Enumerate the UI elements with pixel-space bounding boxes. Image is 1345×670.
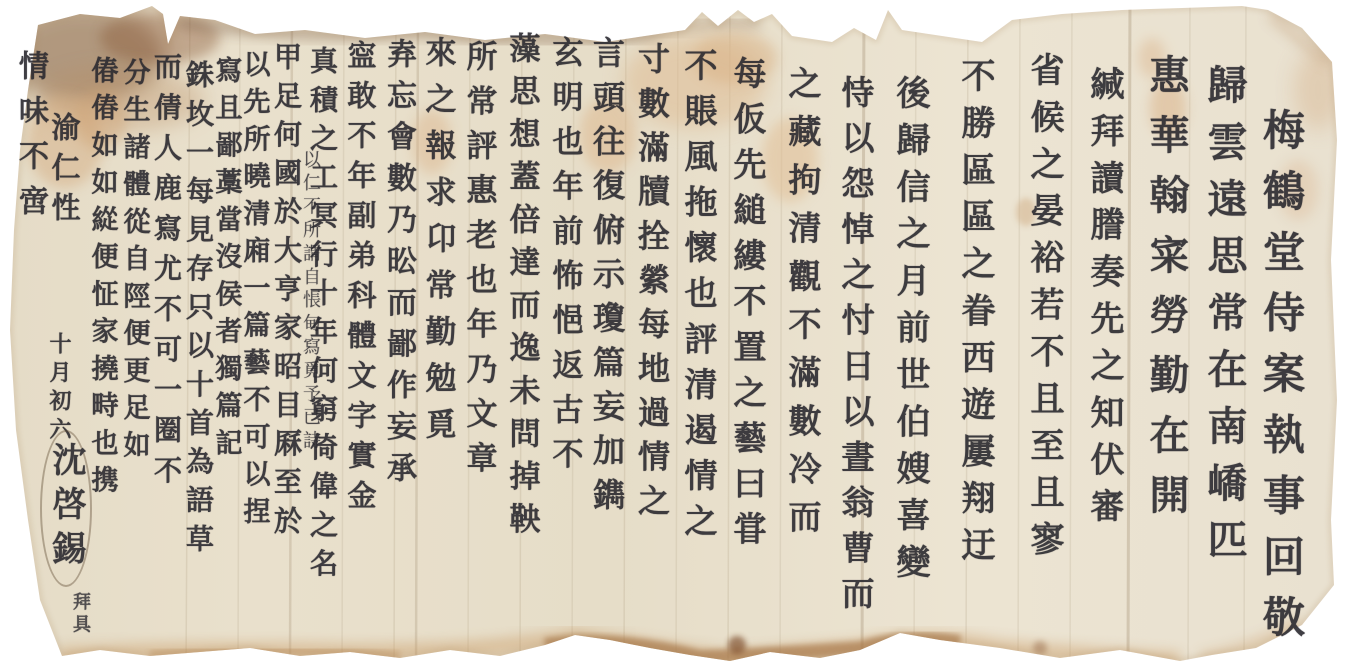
text-column: 不賬風拖懷也評清遏情之 [683, 48, 716, 549]
text-column: 弆忘會數乃昖而鄙作妄承 [383, 38, 413, 493]
text-column: 藻思想蓋倍達而逸未問掉鞅 [506, 32, 537, 545]
text-column: 銖坆一每見存只以十首為語草 [184, 60, 212, 562]
text-column: 所常評惠老也年乃文章 [463, 40, 494, 486]
text-column: 緘拜讀謄奏先之知伏審 [1087, 66, 1121, 535]
text-column: 言頭往復俯示瓊篇妄加鐫 [591, 36, 623, 522]
text-column: 之藏拘清觀不滿數冷而 [787, 66, 820, 548]
text-column: 恃以怨悼之忖日以晝翁曹而 [840, 75, 873, 621]
text-column: 惠華翰寀勞勤在開 [1146, 54, 1186, 534]
text-column: 省候之晏裕若不且至且寥 [1027, 52, 1061, 568]
text-column-interlinear: 以仁不所謂自悵甸寫覓予已詩 [301, 150, 319, 454]
signature-circle: 沈啓錫 [40, 430, 92, 587]
text-column-last: 情味不啻 [15, 50, 45, 230]
signature-name: 沈啓錫 [49, 430, 83, 587]
text-column: 不勝區區之眷西遊屢翔迂 [958, 58, 992, 574]
text-column: 每仮先縋縷不置之藝曰甞 [732, 56, 765, 557]
text-column: 寫且鄙藁當沒侯者獨篇記 [213, 56, 240, 466]
manuscript-photo: 梅鶴堂侍案執事回敬 歸雲遠思常在南嶠匹 惠華翰寀勞勤在開 緘拜讀謄奏先之知伏審 … [0, 0, 1345, 670]
calligraphy-text-layer: 梅鶴堂侍案執事回敬 歸雲遠思常在南嶠匹 惠華翰寀勞勤在開 緘拜讀謄奏先之知伏審 … [0, 0, 1345, 670]
text-column: 甲足何國於大亨家昭目厤至於 [272, 42, 300, 544]
text-column: 後歸信之月前世伯嫂喜變 [893, 75, 927, 591]
text-column: 來之報求卬常勤勉覓 [422, 36, 453, 455]
text-column: 分生諸體從自陘便更足如 [121, 58, 148, 468]
text-column: 歸雲遠思常在南嶠匹 [1204, 64, 1244, 575]
text-column: 寍敢不年副弟科體文字實金 [346, 40, 375, 520]
text-column: 而倩人鹿寫尤不可一圈不 [152, 52, 180, 496]
text-column: 以先所曉清廂一篇藝不可以捏 [241, 50, 268, 534]
text-column: 玄明也年前怖悒返古不 [549, 36, 580, 482]
text-column: 偆偆如如緃便怔家撓畤也携 [89, 56, 116, 503]
signature-closing: 拜具 [71, 592, 89, 637]
text-column-address: 梅鶴堂侍案執事回敬 [1260, 108, 1302, 656]
signature-column-prefix: 渝仁性 [50, 112, 79, 232]
text-column: 寸數滿牘拴縈每地過情之 [636, 42, 668, 528]
